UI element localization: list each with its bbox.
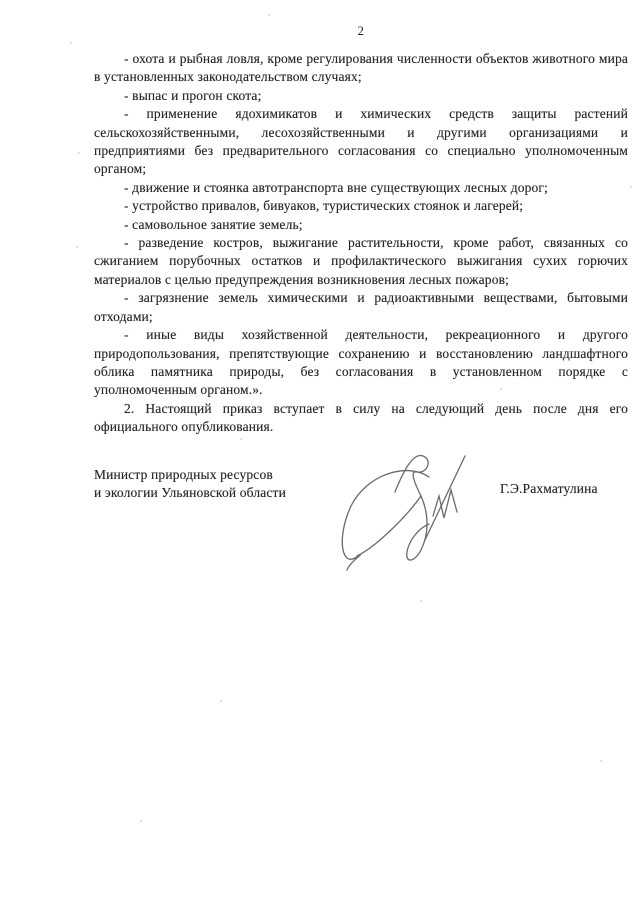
minister-title-line2: и экологии Ульяновской области xyxy=(94,484,286,502)
scan-speck xyxy=(268,14,270,16)
scan-speck xyxy=(220,700,222,702)
paragraph: - применение ядохимикатов и химических с… xyxy=(94,105,628,179)
signatory-name: Г.Э.Рахматулина xyxy=(500,480,598,498)
document-page: 2 - охота и рыбная ловля, кроме регулиро… xyxy=(0,0,640,905)
page-number: 2 xyxy=(94,24,628,38)
signature-diagonal-stroke xyxy=(425,456,465,540)
body-text: - охота и рыбная ловля, кроме регулирова… xyxy=(94,50,628,437)
paragraph: - разведение костров, выжигание растител… xyxy=(94,234,628,289)
scan-speck xyxy=(500,388,502,390)
paragraph: - выпас и прогон скота; xyxy=(94,87,628,105)
scan-speck xyxy=(140,820,142,822)
page-content: 2 - охота и рыбная ловля, кроме регулиро… xyxy=(94,24,628,437)
scan-speck xyxy=(240,438,242,440)
minister-title: Министр природных ресурсов и экологии Ул… xyxy=(94,466,286,503)
handwritten-signature-icon xyxy=(333,444,483,574)
paragraph: - охота и рыбная ловля, кроме регулирова… xyxy=(94,50,628,87)
scan-speck xyxy=(616,300,618,302)
signature-zigzag-stroke xyxy=(433,490,457,518)
scan-speck xyxy=(78,152,80,154)
paragraph: 2. Настоящий приказ вступает в силу на с… xyxy=(94,400,628,437)
scan-speck xyxy=(76,246,78,248)
paragraph: - устройство привалов, бивуаков, туристи… xyxy=(94,197,628,215)
paragraph: - загрязнение земель химическими и радио… xyxy=(94,289,628,326)
scan-speck xyxy=(420,600,422,602)
scan-speck xyxy=(70,42,72,44)
signature-curve-stroke xyxy=(357,496,421,556)
scan-speck xyxy=(600,760,602,762)
paragraph: - движение и стоянка автотранспорта вне … xyxy=(94,179,628,197)
minister-title-line1: Министр природных ресурсов xyxy=(94,466,286,484)
scan-speck xyxy=(630,186,632,188)
paragraph: - самовольное занятие земель; xyxy=(94,216,628,234)
scan-speck xyxy=(575,120,577,122)
paragraph: - иные виды хозяйственной деятельности, … xyxy=(94,326,628,400)
